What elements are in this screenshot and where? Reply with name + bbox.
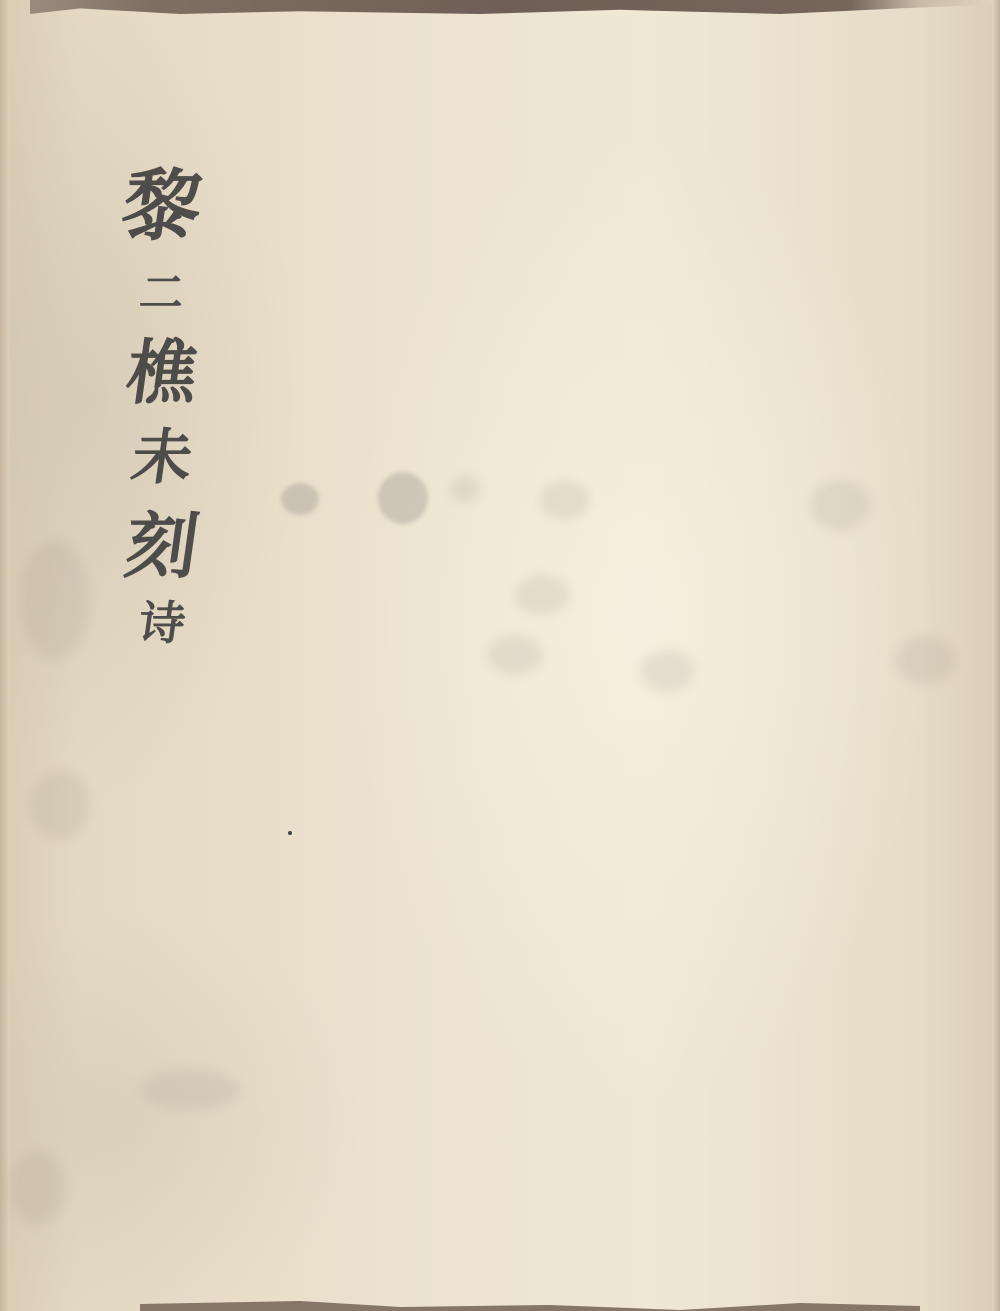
right-edge bbox=[992, 0, 1000, 1311]
title-char: 黎 bbox=[118, 168, 207, 246]
stain bbox=[540, 480, 590, 520]
ink-speck bbox=[288, 831, 292, 835]
cover-title: 黎 二 樵 未 刻 诗 bbox=[112, 168, 212, 646]
stain bbox=[895, 636, 955, 684]
title-char: 诗 bbox=[136, 600, 188, 646]
stain bbox=[640, 650, 695, 692]
title-char: 樵 bbox=[122, 338, 202, 408]
title-char: 二 bbox=[137, 272, 187, 316]
title-char: 刻 bbox=[121, 510, 203, 582]
stain bbox=[450, 475, 480, 503]
stain bbox=[810, 480, 870, 530]
left-edge bbox=[0, 0, 10, 1311]
title-char: 未 bbox=[128, 428, 196, 488]
stain bbox=[30, 770, 90, 840]
stain bbox=[10, 1150, 65, 1225]
stain bbox=[515, 575, 570, 615]
stain bbox=[140, 1070, 240, 1110]
stain bbox=[488, 635, 543, 675]
worn-top-edge bbox=[0, 0, 1000, 14]
stain bbox=[20, 540, 90, 660]
stain bbox=[281, 483, 319, 515]
book-cover: 黎 二 樵 未 刻 诗 bbox=[0, 0, 1000, 1311]
stain bbox=[378, 472, 428, 524]
worn-bottom-edge bbox=[0, 1301, 1000, 1311]
